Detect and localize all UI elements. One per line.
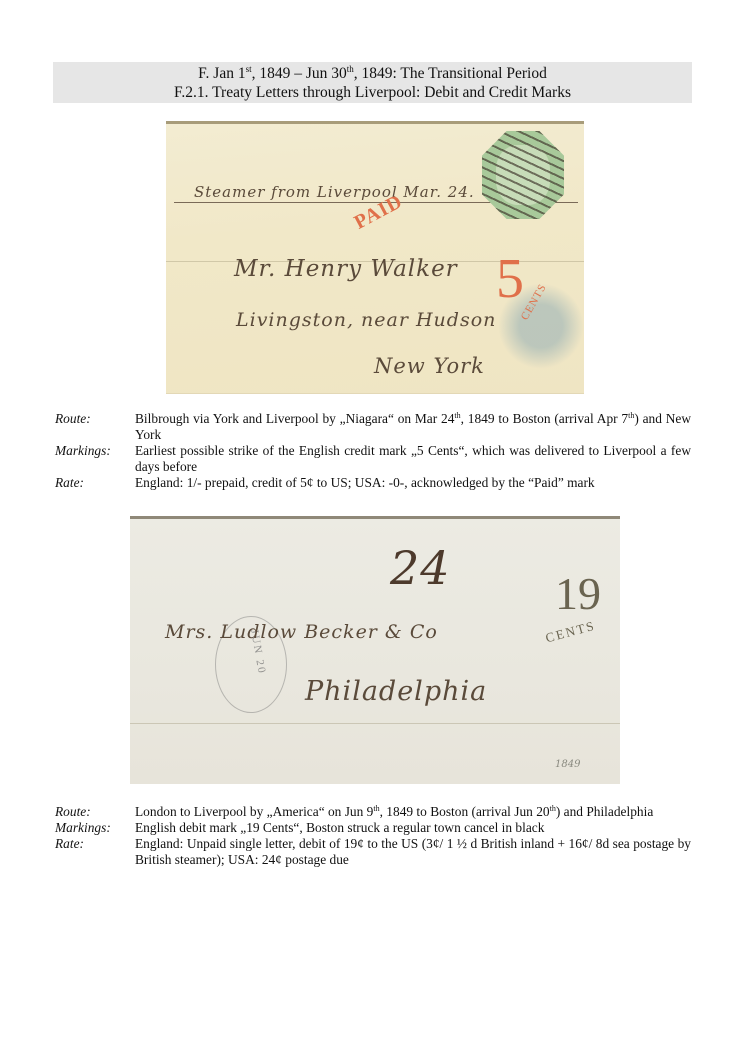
markings-label: Markings:	[55, 443, 135, 475]
markings-label: Markings:	[55, 820, 135, 836]
endorsement-text: Steamer from Liverpool Mar. 24.	[194, 183, 475, 201]
markings-row: Markings: Earliest possible strike of th…	[55, 443, 691, 475]
debit-mark-unit: CENTS	[544, 618, 598, 647]
route-row: Route: London to Liverpool by „America“ …	[55, 804, 691, 820]
cover-image-2: JUN 20 24 19 CENTS Mrs. Ludlow Becker & …	[130, 516, 620, 784]
rate-label: Rate:	[55, 475, 135, 491]
route-value: London to Liverpool by „America“ on Jun …	[135, 804, 691, 820]
fold-line	[130, 723, 620, 724]
description-2: Route: London to Liverpool by „America“ …	[55, 804, 691, 868]
embossed-stamp	[482, 131, 564, 219]
address-line-1: Mrs. Ludlow Becker & Co	[165, 621, 438, 643]
manuscript-rate: 24	[390, 541, 451, 595]
markings-row: Markings: English debit mark „19 Cents“,…	[55, 820, 691, 836]
address-line-2: Livingston, near Hudson	[236, 309, 496, 331]
address-line-3: New York	[374, 354, 485, 378]
debit-mark-number: 19	[555, 571, 601, 617]
address-line-1: Mr. Henry Walker	[234, 256, 458, 282]
credit-mark-number: 5	[496, 251, 524, 307]
subsection-title: F.2.1. Treaty Letters through Liverpool:…	[53, 83, 692, 102]
description-1: Route: Bilbrough via York and Liverpool …	[55, 411, 691, 491]
address-line-2: Philadelphia	[305, 676, 487, 707]
markings-value: Earliest possible strike of the English …	[135, 443, 691, 475]
route-label: Route:	[55, 411, 135, 443]
rate-value: England: Unpaid single letter, debit of …	[135, 836, 691, 868]
route-label: Route:	[55, 804, 135, 820]
pencil-year-note: 1849	[555, 759, 580, 770]
route-row: Route: Bilbrough via York and Liverpool …	[55, 411, 691, 443]
route-value: Bilbrough via York and Liverpool by „Nia…	[135, 411, 691, 443]
rate-row: Rate: England: Unpaid single letter, deb…	[55, 836, 691, 868]
section-title: F. Jan 1st, 1849 – Jun 30th, 1849: The T…	[53, 64, 692, 83]
rate-row: Rate: England: 1/- prepaid, credit of 5¢…	[55, 475, 691, 491]
markings-value: English debit mark „19 Cents“, Boston st…	[135, 820, 691, 836]
numeral-cancel	[482, 131, 564, 219]
rate-value: England: 1/- prepaid, credit of 5¢ to US…	[135, 475, 691, 491]
page-header: F. Jan 1st, 1849 – Jun 30th, 1849: The T…	[53, 62, 692, 103]
rate-label: Rate:	[55, 836, 135, 868]
